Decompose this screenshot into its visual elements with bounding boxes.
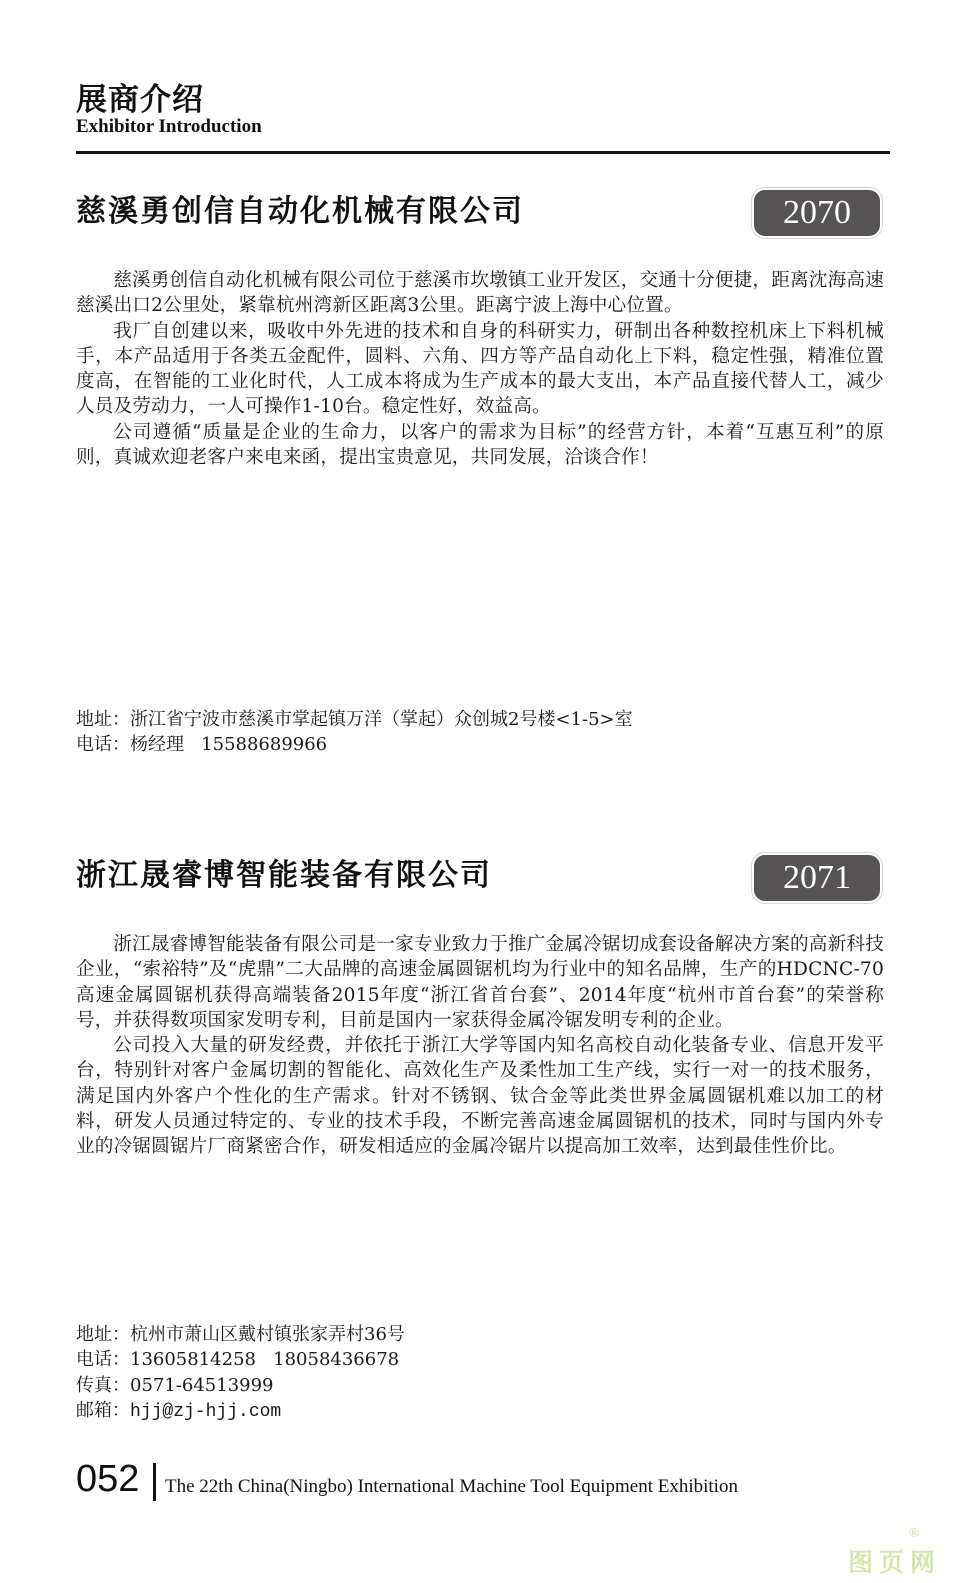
watermark-logo: 图页网 — [848, 1543, 941, 1579]
phone-row: 电话：13605814258 18058436678 — [76, 1347, 405, 1372]
booth-number-badge: 2071 — [754, 855, 880, 901]
section-title-cn: 展商介绍 — [76, 74, 204, 119]
exhibitor-description: 浙江晟睿博智能装备有限公司是一家专业致力于推广金属冷锯切成套设备解决方案的高新科… — [76, 932, 884, 1160]
email-row: 邮箱：hjj@zj-hjj.com — [76, 1398, 405, 1425]
exhibitor-description: 慈溪勇创信自动化机械有限公司位于慈溪市坎墩镇工业开发区，交通十分便捷，距离沈海高… — [76, 268, 884, 470]
footer-divider — [153, 1463, 156, 1501]
email-value: hjj@zj-hjj.com — [130, 1402, 281, 1422]
fax-row: 传真：0571-64513999 — [76, 1373, 405, 1398]
description-paragraph: 我厂自创建以来，吸收中外先进的技术和自身的科研实力，研制出各种数控机床上下料机械… — [76, 319, 884, 420]
exhibitor-name: 慈溪勇创信自动化机械有限公司 — [76, 186, 524, 230]
page-number: 052 — [76, 1458, 139, 1501]
description-paragraph: 公司投入大量的研发经费，并依托于浙江大学等国内知名高校自动化装备专业、信息开发平… — [76, 1033, 884, 1159]
phone-value: 杨经理 15588689966 — [130, 734, 327, 755]
booth-number-badge: 2070 — [754, 190, 880, 236]
address-value: 浙江省宁波市慈溪市掌起镇万洋（掌起）众创城2号楼<1-5>室 — [130, 709, 633, 730]
fax-value: 0571-64513999 — [130, 1375, 274, 1396]
exhibitor-contact: 地址：浙江省宁波市慈溪市掌起镇万洋（掌起）众创城2号楼<1-5>室 电话：杨经理… — [76, 707, 633, 758]
description-paragraph: 公司遵循“质量是企业的生命力，以客户的需求为目标”的经营方针，本着“互惠互利”的… — [76, 420, 884, 471]
address-label: 地址： — [76, 1324, 130, 1345]
address-row: 地址：杭州市萧山区戴村镇张家弄村36号 — [76, 1322, 405, 1347]
email-label: 邮箱： — [76, 1400, 130, 1421]
section-title-en: Exhibitor Introduction — [76, 116, 262, 138]
description-paragraph: 慈溪勇创信自动化机械有限公司位于慈溪市坎墩镇工业开发区，交通十分便捷，距离沈海高… — [76, 268, 884, 319]
address-value: 杭州市萧山区戴村镇张家弄村36号 — [130, 1324, 405, 1345]
exhibition-name: The 22th China(Ningbo) International Mac… — [165, 1476, 738, 1498]
address-row: 地址：浙江省宁波市慈溪市掌起镇万洋（掌起）众创城2号楼<1-5>室 — [76, 707, 633, 732]
exhibitor-name: 浙江晟睿博智能装备有限公司 — [76, 850, 492, 894]
phone-value: 13605814258 18058436678 — [130, 1349, 399, 1370]
phone-label: 电话： — [76, 734, 130, 755]
fax-label: 传真： — [76, 1375, 130, 1396]
description-paragraph: 浙江晟睿博智能装备有限公司是一家专业致力于推广金属冷锯切成套设备解决方案的高新科… — [76, 932, 884, 1033]
address-label: 地址： — [76, 709, 130, 730]
exhibitor-contact: 地址：杭州市萧山区戴村镇张家弄村36号 电话：13605814258 18058… — [76, 1322, 405, 1425]
phone-row: 电话：杨经理 15588689966 — [76, 732, 633, 757]
header-divider — [76, 151, 890, 154]
phone-label: 电话： — [76, 1349, 130, 1370]
registered-mark-icon: ® — [908, 1526, 920, 1540]
